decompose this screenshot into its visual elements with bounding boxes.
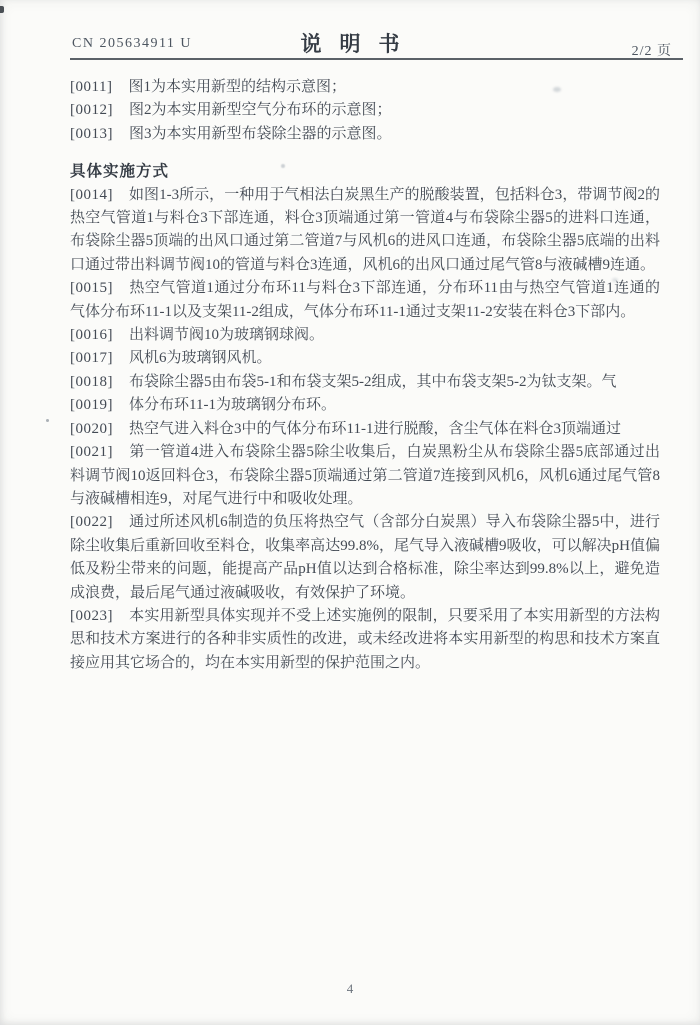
paragraph-text: 热空气管道1通过分布环11与料仓3下部连通，分布环11由与热空气管道1连通的气体… (70, 280, 660, 319)
page-title: 说明书 (0, 28, 700, 58)
section-heading: 具体实施方式 (70, 160, 660, 183)
header-divider (70, 58, 683, 60)
paragraph-tag: [0011] (70, 76, 112, 99)
paragraph-text: 图2为本实用新型空气分布环的示意图； (129, 102, 392, 118)
page-indicator: 2/2 页 (632, 40, 672, 60)
body-paragraph: [0015]热空气管道1通过分布环11与料仓3下部连通，分布环11由与热空气管道… (70, 277, 660, 324)
footer-page-number: 4 (0, 981, 700, 997)
body-paragraph: [0017]风机6为玻璃钢风机。 (70, 347, 660, 370)
paragraph-tag: [0012] (70, 99, 113, 122)
paragraph-text: 出料调节阀10为玻璃钢球阀。 (129, 327, 324, 343)
scan-artifact (553, 87, 561, 92)
body-paragraph: [0023]本实用新型具体实现并不受上述实施例的限制，只要采用了本实用新型的方法… (70, 605, 660, 675)
body-paragraph: [0018]布袋除尘器5由布袋5-1和布袋支架5-2组成，其中布袋支架5-2为钛… (70, 371, 660, 394)
paragraph-tag: [0013] (70, 123, 113, 146)
paragraph-tag: [0021] (70, 441, 113, 464)
body-paragraph: [0020]热空气进入料仓3中的气体分布环11-1进行脱酸，含尘气体在料仓3顶端… (70, 418, 660, 441)
scan-artifact (46, 419, 49, 422)
figure-paragraph: [0011]图1为本实用新型的结构示意图； (70, 76, 660, 99)
paragraph-tag: [0015] (70, 277, 113, 300)
body-paragraph: [0022]通过所述风机6制造的负压将热空气（含部分白炭黑）导入布袋除尘器5中，… (70, 511, 660, 605)
paragraph-text: 本实用新型具体实现并不受上述实施例的限制，只要采用了本实用新型的方法构思和技术方… (70, 608, 660, 671)
paragraph-text: 通过所述风机6制造的负压将热空气（含部分白炭黑）导入布袋除尘器5中，进行除尘收集… (70, 514, 660, 600)
paragraph-text: 体分布环11-1为玻璃钢分布环。 (129, 397, 336, 413)
paragraph-tag: [0018] (70, 371, 113, 394)
paragraph-text: 热空气进入料仓3中的气体分布环11-1进行脱酸，含尘气体在料仓3顶端通过 (129, 421, 621, 437)
body-paragraph: [0021]第一管道4进入布袋除尘器5除尘收集后，白炭黑粉尘从布袋除尘器5底部通… (70, 441, 660, 511)
paragraph-text: 图1为本实用新型的结构示意图； (128, 79, 346, 95)
scan-artifact (281, 164, 285, 168)
scan-artifact (612, 278, 618, 282)
paragraph-tag: [0022] (70, 511, 113, 534)
scan-artifact (0, 6, 4, 13)
body-paragraph: [0019]体分布环11-1为玻璃钢分布环。 (70, 394, 660, 417)
patent-specification-page: CN 205634911 U 说明书 2/2 页 [0011]图1为本实用新型的… (0, 0, 700, 1025)
document-body: [0011]图1为本实用新型的结构示意图； [0012]图2为本实用新型空气分布… (70, 76, 660, 675)
figure-paragraph: [0013]图3为本实用新型布袋除尘器的示意图。 (70, 123, 660, 146)
paragraph-tag: [0023] (70, 605, 113, 628)
paragraph-tag: [0016] (70, 324, 113, 347)
figure-paragraph: [0012]图2为本实用新型空气分布环的示意图； (70, 99, 660, 122)
paragraph-text: 风机6为玻璃钢风机。 (129, 350, 272, 366)
body-paragraph: [0016]出料调节阀10为玻璃钢球阀。 (70, 324, 660, 347)
paragraph-text: 图3为本实用新型布袋除尘器的示意图。 (129, 126, 392, 142)
paragraph-text: 布袋除尘器5由布袋5-1和布袋支架5-2组成，其中布袋支架5-2为钛支架。气 (129, 374, 617, 390)
paragraph-tag: [0019] (70, 394, 113, 417)
paragraph-text: 如图1-3所示，一种用于气相法白炭黑生产的脱酸装置，包括料仓3，带调节阀2的热空… (70, 187, 660, 273)
body-paragraph: [0014]如图1-3所示，一种用于气相法白炭黑生产的脱酸装置，包括料仓3，带调… (70, 184, 660, 278)
paragraph-tag: [0014] (70, 184, 113, 207)
paragraph-tag: [0020] (70, 418, 113, 441)
paragraph-text: 第一管道4进入布袋除尘器5除尘收集后，白炭黑粉尘从布袋除尘器5底部通过出料调节阀… (70, 444, 660, 507)
paragraph-tag: [0017] (70, 347, 113, 370)
